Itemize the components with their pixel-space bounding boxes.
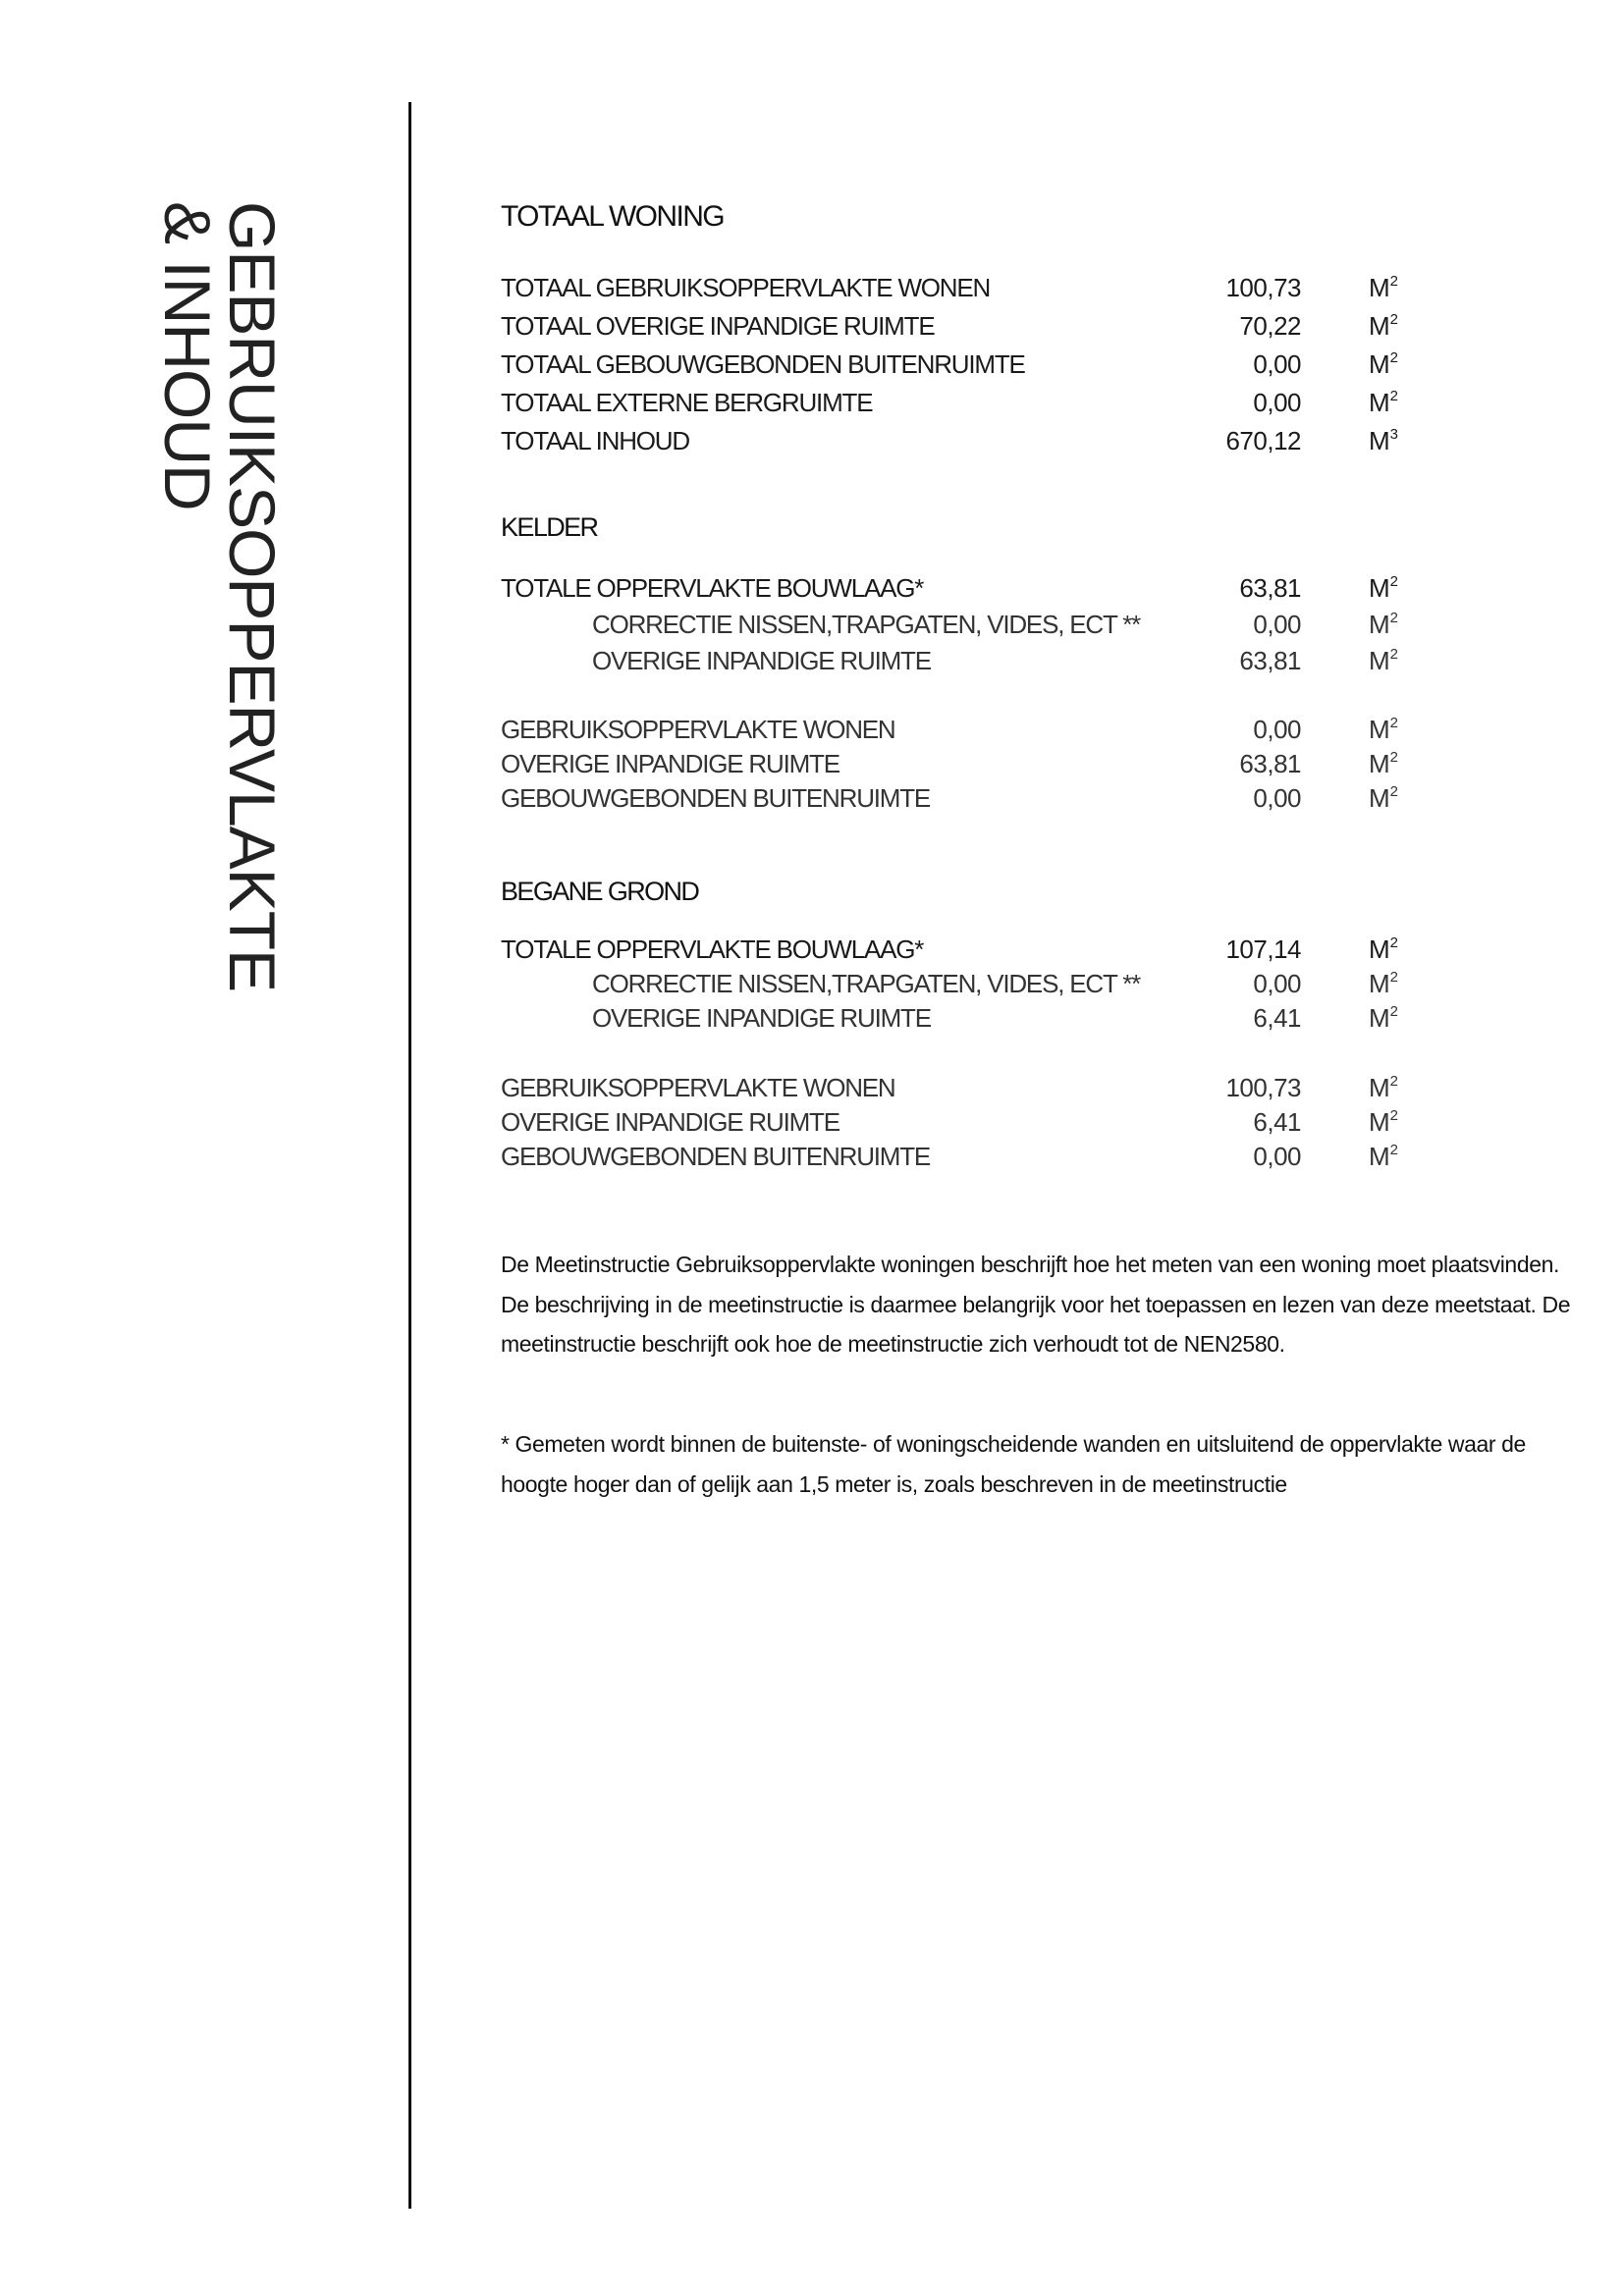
row-value: 6,41: [1253, 1107, 1301, 1138]
row-unit: M2: [1369, 749, 1398, 779]
table-row-sub: OVERIGE INPANDIGE RUIMTE 63,81 M2: [501, 646, 1404, 681]
row-value: 63,81: [1239, 573, 1301, 604]
row-unit: M2: [1369, 388, 1398, 418]
row-label: CORRECTIE NISSEN,TRAPGATEN, VIDES, ECT *…: [592, 610, 1140, 640]
row-value: 100,73: [1225, 273, 1301, 303]
row-value: 100,73: [1225, 1073, 1301, 1103]
table-row: GEBRUIKSOPPERVLAKTE WONEN 100,73 M2: [501, 1073, 1404, 1108]
row-label: TOTALE OPPERVLAKTE BOUWLAAG*: [501, 573, 923, 604]
row-unit: M2: [1369, 311, 1398, 342]
table-row: GEBOUWGEBONDEN BUITENRUIMTE 0,00 M2: [501, 1142, 1404, 1177]
row-unit: M2: [1369, 783, 1398, 814]
row-label: TOTAAL GEBRUIKSOPPERVLAKTE WONEN: [501, 273, 990, 303]
row-label: CORRECTIE NISSEN,TRAPGATEN, VIDES, ECT *…: [592, 969, 1140, 999]
row-label: OVERIGE INPANDIGE RUIMTE: [501, 1107, 839, 1138]
note-paragraph-meetinstructie: De Meetinstructie Gebruiksoppervlakte wo…: [501, 1245, 1591, 1364]
row-unit: M2: [1369, 1142, 1398, 1172]
row-value: 6,41: [1253, 1003, 1301, 1034]
vertical-divider: [408, 102, 411, 2209]
row-label: TOTAAL EXTERNE BERGRUIMTE: [501, 388, 872, 418]
side-title-line1: GEBRUIKSOPPERVLAKTE: [220, 201, 285, 991]
section-title-begane-grond: BEGANE GROND: [501, 877, 698, 907]
table-row-sub: CORRECTIE NISSEN,TRAPGATEN, VIDES, ECT *…: [501, 610, 1404, 645]
row-label: OVERIGE INPANDIGE RUIMTE: [592, 1003, 931, 1034]
row-unit: M2: [1369, 573, 1398, 604]
table-row-sub: CORRECTIE NISSEN,TRAPGATEN, VIDES, ECT *…: [501, 969, 1404, 1004]
table-row: TOTAAL EXTERNE BERGRUIMTE 0,00 M2: [501, 388, 1404, 423]
row-label: TOTALE OPPERVLAKTE BOUWLAAG*: [501, 934, 923, 965]
row-unit: M2: [1369, 1107, 1398, 1138]
row-value: 0,00: [1253, 610, 1301, 640]
row-value: 0,00: [1253, 969, 1301, 999]
row-value: 0,00: [1253, 715, 1301, 745]
row-unit: M2: [1369, 646, 1398, 676]
table-row-bouwlaag: TOTALE OPPERVLAKTE BOUWLAAG* 63,81 M2: [501, 573, 1404, 609]
row-unit: M2: [1369, 1003, 1398, 1034]
row-value: 63,81: [1239, 646, 1301, 676]
table-row-bouwlaag: TOTALE OPPERVLAKTE BOUWLAAG* 107,14 M2: [501, 934, 1404, 970]
row-label: GEBOUWGEBONDEN BUITENRUIMTE: [501, 783, 930, 814]
table-row: GEBRUIKSOPPERVLAKTE WONEN 0,00 M2: [501, 715, 1404, 750]
row-label: OVERIGE INPANDIGE RUIMTE: [501, 749, 839, 779]
row-value: 63,81: [1239, 749, 1301, 779]
row-label: GEBOUWGEBONDEN BUITENRUIMTE: [501, 1142, 930, 1172]
row-label: TOTAAL OVERIGE INPANDIGE RUIMTE: [501, 311, 934, 342]
row-unit: M2: [1369, 1073, 1398, 1103]
table-row: TOTAAL GEBOUWGEBONDEN BUITENRUIMTE 0,00 …: [501, 349, 1404, 385]
table-row: TOTAAL OVERIGE INPANDIGE RUIMTE 70,22 M2: [501, 311, 1404, 347]
table-row: TOTAAL INHOUD 670,12 M3: [501, 426, 1404, 461]
table-row: OVERIGE INPANDIGE RUIMTE 63,81 M2: [501, 749, 1404, 784]
row-label: TOTAAL INHOUD: [501, 426, 689, 456]
table-row: OVERIGE INPANDIGE RUIMTE 6,41 M2: [501, 1107, 1404, 1143]
row-unit: M2: [1369, 610, 1398, 640]
row-unit: M2: [1369, 349, 1398, 380]
section-title-totaal-woning: TOTAAL WONING: [501, 200, 724, 234]
row-value: 0,00: [1253, 1142, 1301, 1172]
row-value: 107,14: [1225, 934, 1301, 965]
table-row: TOTAAL GEBRUIKSOPPERVLAKTE WONEN 100,73 …: [501, 273, 1404, 308]
row-label: GEBRUIKSOPPERVLAKTE WONEN: [501, 715, 895, 745]
row-label: OVERIGE INPANDIGE RUIMTE: [592, 646, 931, 676]
row-unit: M3: [1369, 426, 1398, 456]
table-row-sub: OVERIGE INPANDIGE RUIMTE 6,41 M2: [501, 1003, 1404, 1039]
row-label: GEBRUIKSOPPERVLAKTE WONEN: [501, 1073, 895, 1103]
table-row: GEBOUWGEBONDEN BUITENRUIMTE 0,00 M2: [501, 783, 1404, 819]
row-unit: M2: [1369, 969, 1398, 999]
row-value: 0,00: [1253, 349, 1301, 380]
row-unit: M2: [1369, 273, 1398, 303]
side-title-line2: & INHOUD: [155, 201, 220, 991]
row-value: 0,00: [1253, 783, 1301, 814]
row-unit: M2: [1369, 934, 1398, 965]
note-paragraph-footnote: * Gemeten wordt binnen de buitenste- of …: [501, 1424, 1591, 1504]
row-unit: M2: [1369, 715, 1398, 745]
row-label: TOTAAL GEBOUWGEBONDEN BUITENRUIMTE: [501, 349, 1025, 380]
section-title-kelder: KELDER: [501, 512, 597, 543]
row-value: 670,12: [1225, 426, 1301, 456]
row-value: 70,22: [1239, 311, 1301, 342]
row-value: 0,00: [1253, 388, 1301, 418]
